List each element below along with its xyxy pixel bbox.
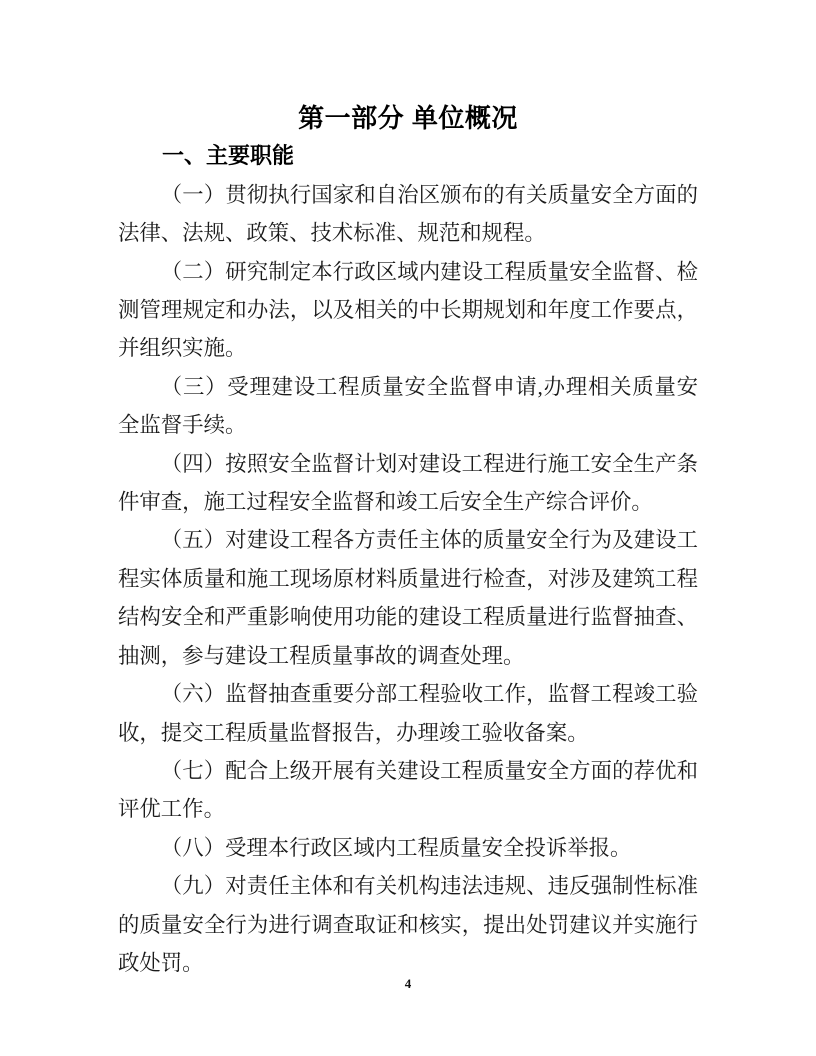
paragraph-function-9: （九）对责任主体和有关机构违法违规、违反强制性标准的质量安全行为进行调查取证和核… (118, 867, 698, 982)
paragraph-function-5: （五）对建设工程各方责任主体的质量安全行为及建设工程实体质量和施工现场原材料质量… (118, 521, 698, 675)
page-footer: 4 (0, 973, 816, 995)
page-number: 4 (405, 976, 412, 991)
paragraph-function-3: （三）受理建设工程质量安全监督申请,办理相关质量安全监督手续。 (118, 368, 698, 445)
document-title: 第一部分 单位概况 (118, 99, 698, 137)
paragraph-function-1: （一）贯彻执行国家和自治区颁布的有关质量安全方面的法律、法规、政策、技术标准、规… (118, 176, 698, 253)
paragraph-function-8: （八）受理本行政区域内工程质量安全投诉举报。 (118, 829, 698, 867)
document-page: 第一部分 单位概况 一、主要职能 （一）贯彻执行国家和自治区颁布的有关质量安全方… (0, 0, 816, 1056)
paragraph-function-7: （七）配合上级开展有关建设工程质量安全方面的荐优和评优工作。 (118, 752, 698, 829)
paragraph-function-2: （二）研究制定本行政区域内建设工程质量安全监督、检测管理规定和办法，以及相关的中… (118, 253, 698, 368)
section-heading: 一、主要职能 (118, 137, 698, 175)
paragraph-function-4: （四）按照安全监督计划对建设工程进行施工安全生产条件审查，施工过程安全监督和竣工… (118, 445, 698, 522)
document-content: 第一部分 单位概况 一、主要职能 （一）贯彻执行国家和自治区颁布的有关质量安全方… (118, 99, 698, 982)
paragraph-function-6: （六）监督抽查重要分部工程验收工作，监督工程竣工验收，提交工程质量监督报告，办理… (118, 675, 698, 752)
